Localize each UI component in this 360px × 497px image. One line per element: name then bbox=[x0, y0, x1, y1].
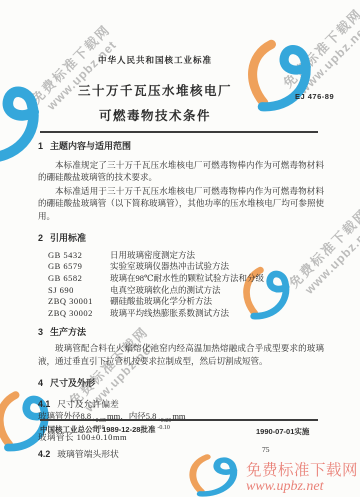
footer-divider bbox=[40, 419, 318, 421]
section-1-paragraph: 本标准规定了三十万千瓦压水堆核电厂可燃毒物棒内作为可燃毒物材料的硼硅酸盐玻璃管的… bbox=[38, 159, 324, 184]
section-1-heading: 1主题内容与适用范围 bbox=[38, 140, 324, 153]
reference-item: SJ 690电真空玻璃软化点的测试方法 bbox=[48, 284, 324, 296]
standard-number: EJ 476-89 bbox=[295, 92, 334, 101]
document-page: 免费标准下载网 www.upbz.net 免费标准下载网 www.upbz.ne… bbox=[0, 0, 360, 497]
reference-code: ZBQ 30002 bbox=[48, 307, 110, 319]
header-divider bbox=[40, 131, 318, 133]
reference-title: 日用玻璃密度测定方法 bbox=[110, 249, 195, 261]
reference-title: 硼硅酸盐玻璃化学分析方法 bbox=[110, 295, 212, 307]
section-number: 4.1 bbox=[38, 399, 50, 409]
implementation-date: 1990-07-01实施 bbox=[256, 426, 309, 437]
document-title-line2: 可燃毒物技术条件 bbox=[30, 106, 280, 124]
section-1-paragraph: 本标准适用于三十万千瓦压水堆核电厂可燃毒物棒内作为可燃毒物材料的硼硅酸盐玻璃管（… bbox=[38, 185, 324, 223]
reference-code: GB 6579 bbox=[48, 260, 110, 272]
reference-code: GB 5432 bbox=[48, 249, 110, 261]
document-body: 1主题内容与适用范围 本标准规定了三十万千瓦压水堆核电厂可燃毒物棒内作为可燃毒物… bbox=[38, 140, 324, 460]
section-number: 3 bbox=[38, 327, 43, 337]
section-title: 主题内容与适用范围 bbox=[50, 141, 131, 151]
reference-item: GB 5432日用玻璃密度测定方法 bbox=[48, 249, 324, 261]
section-3-heading: 3生产方法 bbox=[38, 326, 324, 339]
section-3-paragraph: 玻璃管配合料在火焰熔化池窑内经高温加热熔融成合乎成型要求的玻璃液，通过垂直引下拉… bbox=[38, 342, 324, 367]
reference-item: GB 6579实验室玻璃仪器热冲击试验方法 bbox=[48, 260, 324, 272]
section-title: 尺寸及允许偏差 bbox=[57, 399, 119, 409]
section-title: 生产方法 bbox=[50, 327, 86, 337]
page-number: 75 bbox=[262, 445, 270, 454]
approval-info: 中国核工业总公司 1989-12-28批准 bbox=[40, 424, 155, 435]
section-number: 2 bbox=[38, 233, 43, 243]
section-4-1-heading: 4.1尺寸及允许偏差 bbox=[38, 398, 324, 411]
reference-item: GB 6582玻璃在98℃耐水性的颗粒试验方法和分级 bbox=[48, 272, 324, 284]
section-4-heading: 4尺寸及外形 bbox=[38, 377, 324, 390]
reference-title: 玻璃平均线热膨胀系数测试方法 bbox=[110, 307, 229, 319]
watermark-site-name: 免费标准下载网 bbox=[246, 458, 358, 480]
watermark-bottom-right: 免费标准下载网 www.upbz.net bbox=[246, 458, 358, 495]
section-2-heading: 2引用标准 bbox=[38, 232, 324, 245]
section-title: 尺寸及外形 bbox=[50, 378, 95, 388]
standard-org-title: 中华人民共和国核工业标准 bbox=[30, 54, 280, 66]
reference-item: ZBQ 30002玻璃平均线热膨胀系数测试方法 bbox=[48, 307, 324, 319]
reference-code: SJ 690 bbox=[48, 284, 110, 296]
reference-title: 玻璃在98℃耐水性的颗粒试验方法和分级 bbox=[110, 272, 264, 284]
reference-item: ZBQ 30001硼硅酸盐玻璃化学分析方法 bbox=[48, 295, 324, 307]
document-title-line1: 三十万千瓦压水堆核电厂 bbox=[30, 81, 280, 99]
section-number: 4.2 bbox=[38, 449, 50, 459]
section-4-2-heading: 4.2玻璃管端头形状 bbox=[38, 448, 324, 461]
section-number: 4 bbox=[38, 378, 43, 388]
document-header: 中华人民共和国核工业标准 三十万千瓦压水堆核电厂 可燃毒物技术条件 bbox=[30, 54, 280, 124]
reference-code: ZBQ 30001 bbox=[48, 295, 110, 307]
section-title: 引用标准 bbox=[50, 233, 86, 243]
reference-title: 实验室玻璃仪器热冲击试验方法 bbox=[110, 260, 229, 272]
reference-title: 电真空玻璃软化点的测试方法 bbox=[110, 284, 221, 296]
reference-code: GB 6582 bbox=[48, 272, 110, 284]
reference-list: GB 5432日用玻璃密度测定方法 GB 6579实验室玻璃仪器热冲击试验方法 … bbox=[48, 249, 324, 319]
section-number: 1 bbox=[38, 141, 43, 151]
watermark-site-url: www.upbz.net bbox=[246, 479, 358, 495]
section-title: 玻璃管端头形状 bbox=[57, 449, 119, 459]
